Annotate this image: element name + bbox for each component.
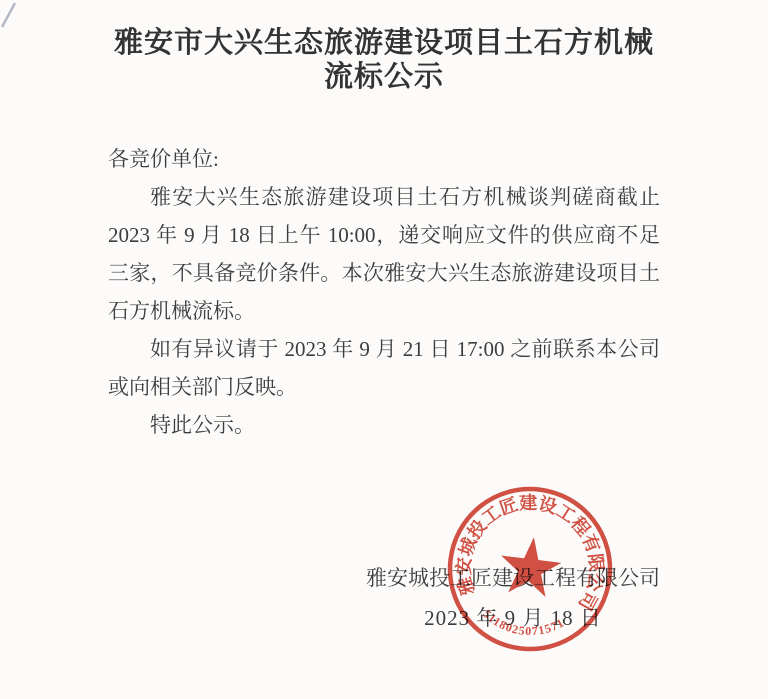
body-line: 雅安大兴生态旅游建设项目土石方机械谈判磋商截止 <box>108 178 660 216</box>
body-line: 石方机械流标。 <box>108 292 660 330</box>
company-seal: 雅安城投工匠建设工程有限公司 5118025071571 <box>444 483 616 655</box>
salutation: 各竞价单位: <box>108 140 660 178</box>
body-line: 或向相关部门反映。 <box>108 368 660 406</box>
body-line: 如有异议请于 2023 年 9 月 21 日 17:00 之前联系本公司 <box>108 330 660 368</box>
title-line-2: 流标公示 <box>0 60 768 94</box>
scan-corner-artifact <box>0 0 30 34</box>
body-line: 三家，不具备竞价条件。本次雅安大兴生态旅游建设项目土 <box>108 254 660 292</box>
notice-body: 各竞价单位: 雅安大兴生态旅游建设项目土石方机械谈判磋商截止 2023 年 9 … <box>0 140 768 444</box>
seal-star-icon <box>497 534 564 599</box>
body-line: 特此公示。 <box>108 406 660 444</box>
body-line: 2023 年 9 月 18 日上午 10:00，递交响应文件的供应商不足 <box>108 216 660 254</box>
page-title: 雅安市大兴生态旅游建设项目土石方机械 流标公示 <box>0 0 768 94</box>
document-page: 雅安市大兴生态旅游建设项目土石方机械 流标公示 各竞价单位: 雅安大兴生态旅游建… <box>0 0 768 699</box>
title-line-1: 雅安市大兴生态旅游建设项目土石方机械 <box>0 26 768 60</box>
